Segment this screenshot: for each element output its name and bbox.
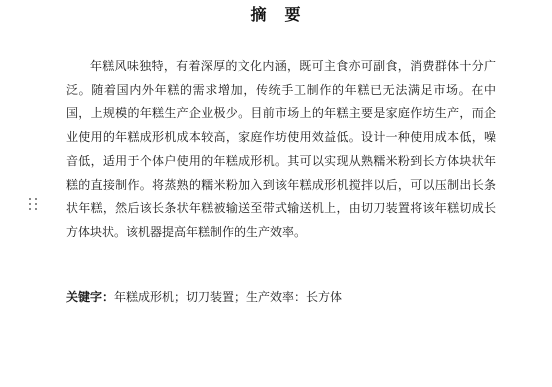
drag-handle-icon[interactable] xyxy=(29,198,40,212)
drag-handle-dot xyxy=(35,198,37,200)
abstract-paragraph: 年糕风味独特，有着深厚的文化内涵，既可主食亦可副食，消费群体十分广泛。随着国内外… xyxy=(66,55,496,245)
drag-handle-dot xyxy=(29,198,31,200)
page-title: 摘 要 xyxy=(0,2,552,25)
drag-handle-dot xyxy=(29,203,31,205)
keywords-label: 关键字： xyxy=(66,290,114,304)
document-page: 摘 要 年糕风味独特，有着深厚的文化内涵，既可主食亦可副食，消费群体十分广泛。随… xyxy=(0,0,552,387)
keywords-value: 年糕成形机；切刀装置；生产效率：长方体 xyxy=(114,290,342,304)
drag-handle-dot xyxy=(35,203,37,205)
drag-handle-dot xyxy=(35,208,37,210)
keywords-line: 关键字：年糕成形机；切刀装置；生产效率：长方体 xyxy=(66,288,506,306)
drag-handle-dot xyxy=(29,208,31,210)
